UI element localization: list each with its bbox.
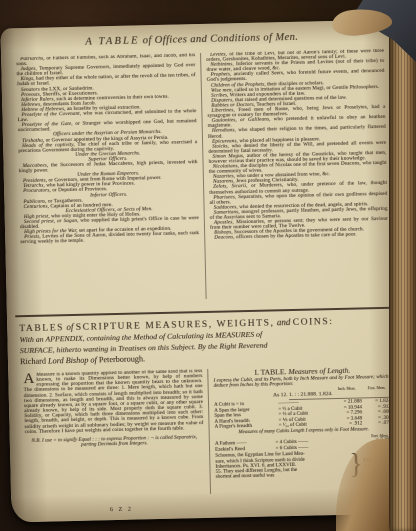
title-conditions: Conditions — [210, 33, 260, 45]
offices-left-column: Patriarchs, or Fathers of Families, such… — [16, 53, 206, 303]
title-a-table: A TABLE — [85, 35, 140, 47]
measure-definition-paragraph: AMeasure is a known quantity applied to … — [23, 369, 203, 435]
title-of1: of — [143, 35, 152, 46]
heading-of: of — [66, 322, 73, 332]
heading-lord-bishop: Lord Bishop of — [48, 355, 97, 365]
entry-text: officers chosen by the Apostles to take … — [234, 232, 356, 241]
title-of2: of — [263, 32, 272, 43]
title-and: and — [190, 34, 207, 45]
printer-signature: 6 Z 2 — [41, 504, 201, 515]
photographed-book-page: { "colors":{"background":"#1d130c","pape… — [0, 0, 416, 531]
inch-measure-header: Inch. Meas. — [338, 387, 356, 391]
heading-coins: COINS: — [293, 317, 334, 328]
length-measure-rows: A Cubit is = to ———— = 21.888 = 1.824. A… — [214, 399, 393, 430]
entry-headword: Centurions, — [23, 203, 49, 210]
offices-columns: Patriarchs, or Fathers of Families, such… — [16, 49, 389, 303]
page-content: A TABLE of Offices and Conditions of Men… — [0, 20, 407, 523]
entry-text: Levites of the Sons of Aaron, divided in… — [20, 230, 199, 245]
offices-entry: Deacons, officers chosen by the Apostles… — [210, 232, 388, 241]
offices-right-column: Levites, of the tribe of Levi, but not o… — [200, 49, 390, 299]
heading-peterborough: Peterborough. — [99, 354, 145, 364]
nota-bene-note: N.B. I use = to signify Equal : : : to e… — [25, 435, 204, 450]
measure-feet: = .076. — [362, 421, 392, 427]
dropcap-a: A — [23, 373, 36, 385]
entry-headword: Deacons, — [214, 235, 234, 241]
foot-measure-header: Foot. Meas. — [368, 386, 386, 390]
measures-left-column: AMeasure is a known quantity applied to … — [23, 369, 210, 498]
measure-definition-text: Measure is a known quantity applied to a… — [24, 368, 204, 435]
heading-and: and — [277, 317, 291, 327]
offices-table-title: A TABLE of Offices and Conditions of Men… — [1, 30, 383, 50]
schoenus-line: shortest and most useful was — [216, 472, 349, 480]
book-fore-edge-pages — [389, 14, 416, 531]
title-men: Men. — [275, 32, 298, 44]
title-offices: Offices — [155, 34, 188, 46]
measures-heading: TABLES of SCRIPTURE MEASURES, WEIGHTS, a… — [19, 314, 390, 367]
schoenus-text: Schoenus, the Egyptian Line for Land Mea… — [215, 451, 349, 480]
heading-richard: Richard — [20, 357, 46, 367]
measures-columns: AMeasure is a known quantity applied to … — [23, 365, 394, 498]
heading-tables: TABLES — [19, 323, 64, 334]
entry-headword: Procurators, — [23, 188, 51, 195]
entry-headword: Proselyte of the Covenant, — [21, 111, 81, 118]
offices-entry: Priests, Levites of the Sons of Aaron, d… — [20, 231, 199, 245]
entry-headword: Inferior Officers. — [90, 191, 127, 198]
book-page: A TABLE of Offices and Conditions of Men… — [0, 20, 407, 523]
